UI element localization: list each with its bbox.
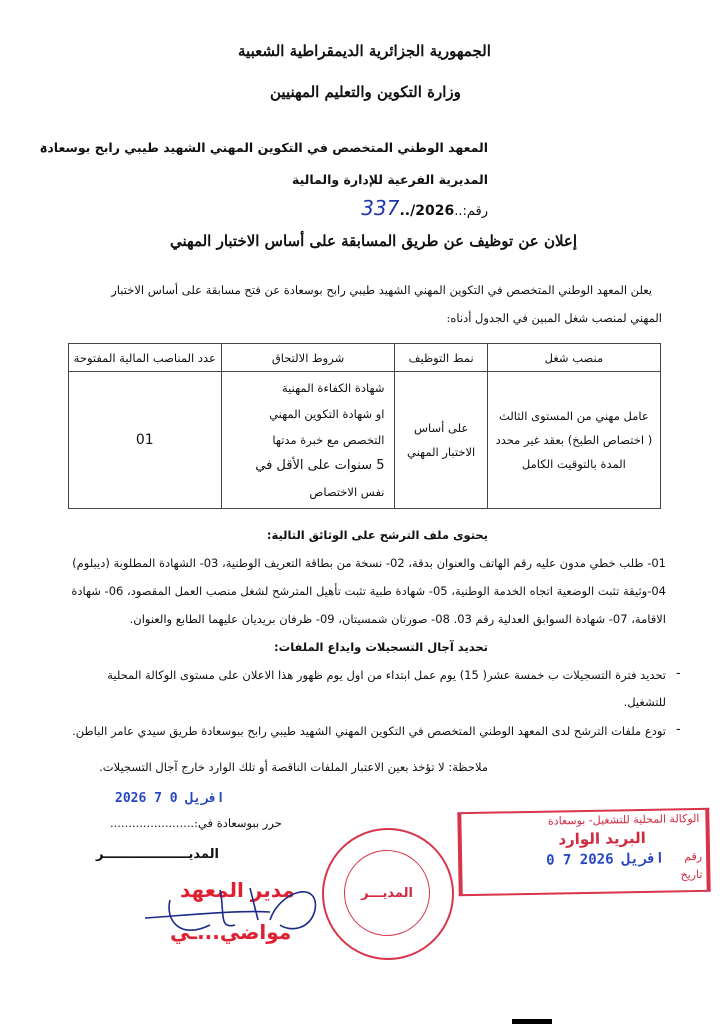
stamp-date-label: تاريخ [680,868,702,881]
mode-line: الاختبار المهني [399,440,482,464]
bullet-1: - [676,666,681,681]
table-row: عامل مهني من المستوى الثالث ( اختصاص الط… [69,372,661,509]
documents-heading: يحتوى ملف الترشح على الوثائق التالية: [267,528,488,542]
bullet-2: - [676,722,681,737]
position-line: عامل مهني من المستوى الثالث [492,404,656,428]
table-header-row: منصب شغل نمط التوظيف شروط الالتحاق عدد ا… [69,344,661,372]
director-label: المديـــــــــــــــــــر [96,847,219,862]
deadline-item-1-line-1: تحديد فترة التسجيلات ب خمسة عشر( 15) يوم… [107,668,666,682]
documents-line-1: 01- طلب خطي مدون عليه رقم الهاتف والعنوا… [72,556,666,570]
cell-conditions: شهادة الكفاءة المهنية او شهادة التكوين ا… [221,372,395,509]
republic-title: الجمهورية الجزائرية الديمقراطية الشعبية [238,42,491,60]
cell-mode: على أساس الاختبار المهني [395,372,487,509]
ref-number-handwritten: 337 [361,196,399,220]
condition-line: 5 سنوات على الأقل في [226,453,385,479]
header-count: عدد المناصب المالية المفتوحة [69,344,222,372]
ref-label: رقم:.. [454,204,488,219]
cell-count: 01 [69,372,222,509]
signature-scribble [140,880,340,950]
date-stamp: 2026 افريل 0 7 [115,791,225,806]
documents-line-2: 04-وثيقة تثبت الوضعية اتجاه الخدمة الوطن… [71,584,666,598]
seal-center-text: المديـــر [344,850,430,936]
deadline-item-2: تودع ملفات الترشح لدى المعهد الوطني المت… [72,724,666,738]
condition-line: شهادة الكفاءة المهنية [226,375,385,401]
cell-position: عامل مهني من المستوى الثالث ( اختصاص الط… [487,372,660,509]
deadline-item-1-line-2: للتشغيل. [624,695,666,709]
position-line: المدة بالتوقيت الكامل [492,452,656,476]
official-round-seal: المديـــر [322,828,454,960]
directorate-name: المديرية الفرعية للإدارة والمالية [292,172,488,187]
reference-number: رقم:..337../2026 [361,196,488,220]
stamp-agency: الوكالة المحلية للتشغيل- بوسعادة [548,812,700,828]
mode-line: على أساس [399,416,482,440]
intro-line-2: المهني لمنصب شغل المبين في الجدول أدناه: [446,311,662,325]
condition-line: نفس الاختصاص [226,479,385,505]
deadlines-heading: تحديد آجال التسجيلات وايداع الملفات: [274,640,488,654]
incoming-mail-stamp: الوكالة المحلية للتشغيل- بوسعادة البريد … [457,808,710,896]
stamp-title: البريد الوارد [558,829,646,849]
stamp-number-label: رقم [684,850,702,863]
institute-name: المعهد الوطني المتخصص في التكوين المهني … [40,140,488,155]
scan-edge-mark [512,1019,552,1024]
announcement-title: إعلان عن توظيف عن طريق المسابقة على أساس… [170,232,577,250]
header-conditions: شروط الالتحاق [221,344,395,372]
intro-line-1: يعلن المعهد الوطني المتخصص في التكوين ال… [111,283,652,297]
place-line: حرر ببوسعادة في:....................... [110,816,282,830]
position-line: ( اختصاص الطبخ) بعقد غير محدد [492,428,656,452]
condition-line: التخصص مع خبرة مدتها [226,427,385,453]
positions-table: منصب شغل نمط التوظيف شروط الالتحاق عدد ا… [68,343,661,509]
note: ملاحظة: لا تؤخذ بعين الاعتبار الملفات ال… [99,760,488,774]
ministry-title: وزارة التكوين والتعليم المهنيين [270,83,461,101]
header-position: منصب شغل [487,344,660,372]
documents-line-3: الاقامة، 07- شهادة السوابق العدلية رقم 0… [130,612,666,626]
stamp-date: 0 7 افريل 2026 [546,851,664,869]
scan-dot [43,146,46,149]
header-mode: نمط التوظيف [395,344,487,372]
condition-line: او شهادة التكوين المهني [226,401,385,427]
ref-year: ../2026 [399,203,454,219]
